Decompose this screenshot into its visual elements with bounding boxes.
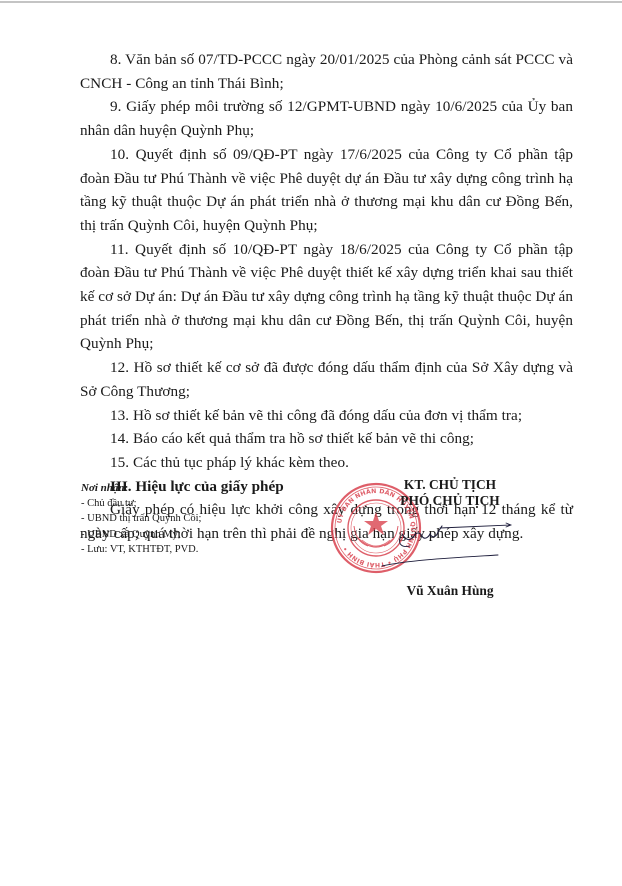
recipients-title: Nơi nhận: — [81, 481, 201, 496]
recipient-item: - Lưu: VT, KTHTĐT, PVD. — [81, 542, 201, 557]
handwritten-signature-icon — [380, 514, 515, 574]
legal-basis-item-11: 11. Quyết định số 10/QĐ-PT ngày 18/6/202… — [80, 238, 573, 357]
legal-basis-item-9: 9. Giấy phép môi trường số 12/GPMT-UBND … — [80, 95, 573, 142]
signer-title-line1: KT. CHỦ TỊCH — [390, 477, 510, 493]
signer-name: Vũ Xuân Hùng — [390, 583, 510, 599]
legal-basis-item-10: 10. Quyết định số 09/QĐ-PT ngày 17/6/202… — [80, 143, 573, 238]
legal-basis-item-13: 13. Hồ sơ thiết kế bản vẽ thi công đã đó… — [80, 404, 573, 428]
recipient-item: - Chủ đầu tư; — [81, 496, 201, 511]
signer-title-line2: PHÓ CHỦ TỊCH — [390, 493, 510, 509]
signature-block: ỦY BAN NHÂN DÂN HUYỆN QUỲNH PHỤ • THÁI B… — [330, 476, 510, 606]
recipients-block: Nơi nhận: - Chủ đầu tư; - UBND thị trấn … — [81, 481, 201, 557]
recipient-item: - UBND xã Quỳnh Mỹ; — [81, 527, 201, 542]
legal-basis-item-14: 14. Báo cáo kết quả thẩm tra hồ sơ thiết… — [80, 427, 573, 451]
recipient-item: - UBND thị trấn Quỳnh Côi; — [81, 511, 201, 526]
legal-basis-item-15: 15. Các thủ tục pháp lý khác kèm theo. — [80, 451, 573, 475]
page-top-edge — [0, 1, 622, 3]
legal-basis-item-12: 12. Hồ sơ thiết kế cơ sở đã được đóng dấ… — [80, 356, 573, 403]
legal-basis-item-8: 8. Văn bản số 07/TD-PCCC ngày 20/01/2025… — [80, 48, 573, 95]
document-body: 8. Văn bản số 07/TD-PCCC ngày 20/01/2025… — [80, 48, 573, 546]
